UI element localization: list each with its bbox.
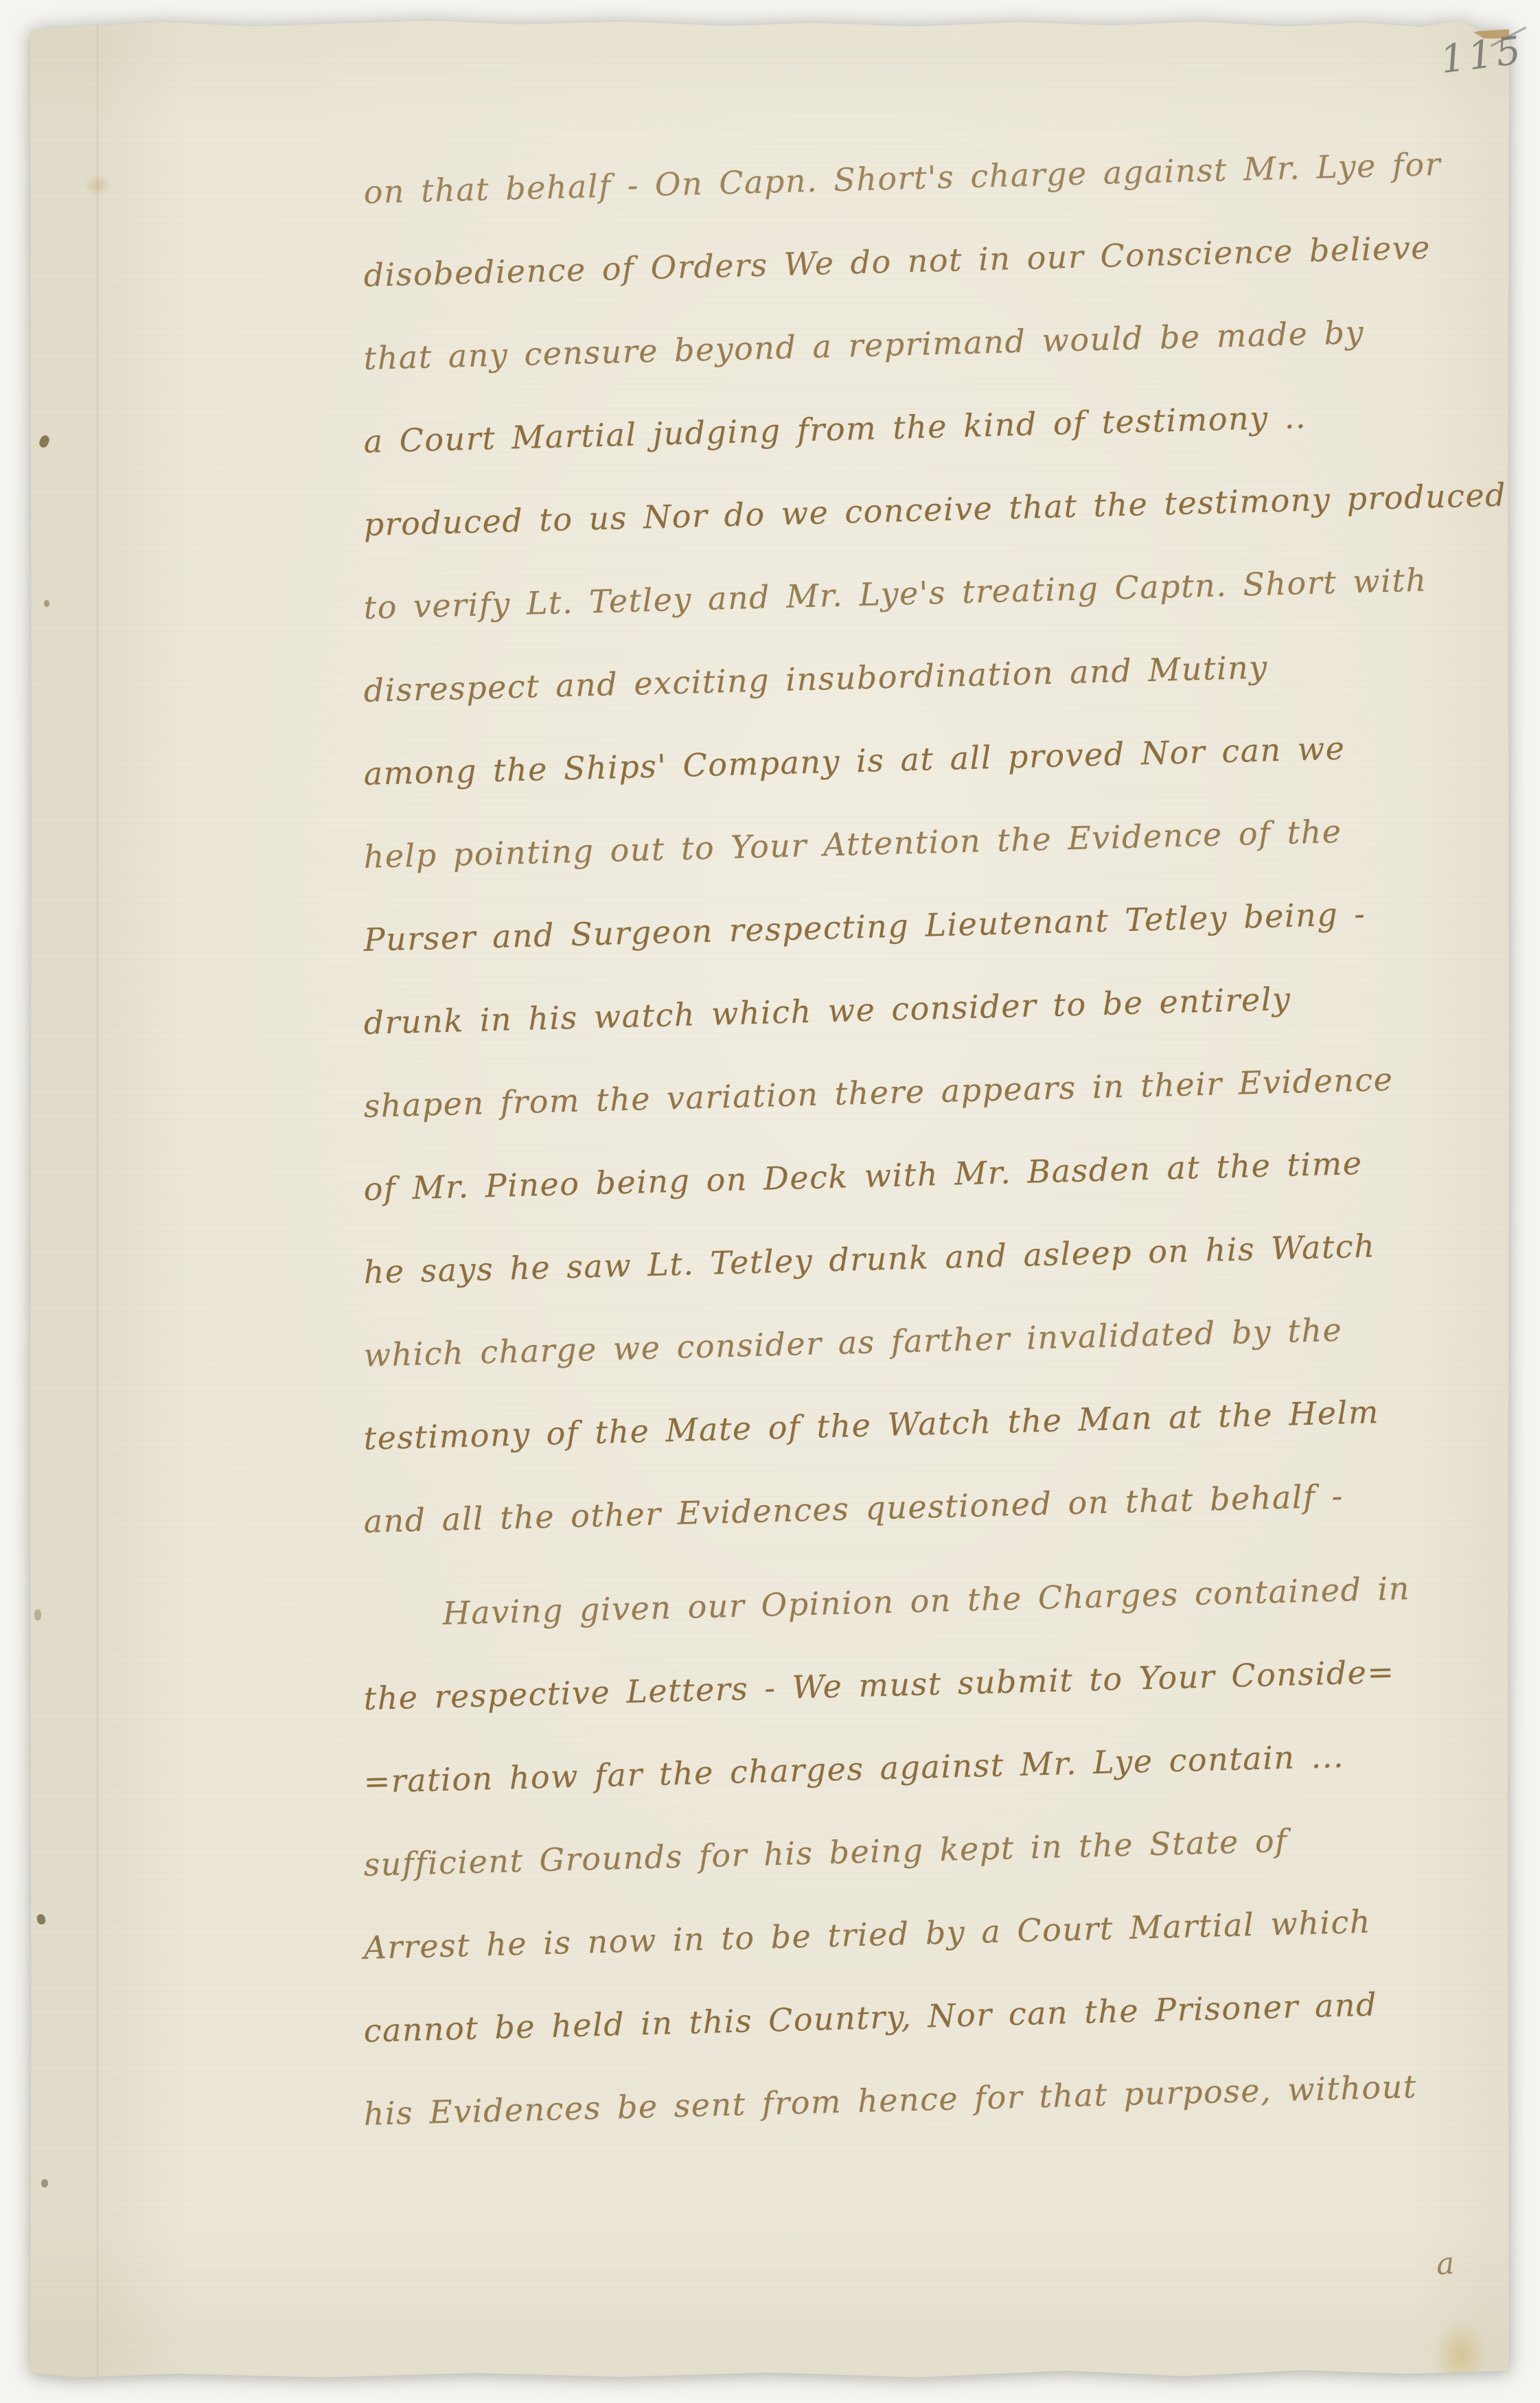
ink-blot bbox=[36, 1913, 47, 1926]
paper-stain bbox=[84, 174, 111, 196]
ink-blot bbox=[34, 1609, 41, 1620]
ink-blot bbox=[41, 2179, 48, 2187]
ink-blot bbox=[38, 434, 51, 449]
catchword: a bbox=[1435, 2246, 1456, 2282]
paper-crease bbox=[96, 19, 99, 2380]
manuscript-text: on that behalf - On Capn. Short's charge… bbox=[364, 151, 1509, 2156]
scan-background: { "manuscript": { "page_number": "115", … bbox=[0, 0, 1540, 2403]
ink-blot bbox=[44, 600, 49, 607]
paper-stain bbox=[1435, 2321, 1487, 2389]
